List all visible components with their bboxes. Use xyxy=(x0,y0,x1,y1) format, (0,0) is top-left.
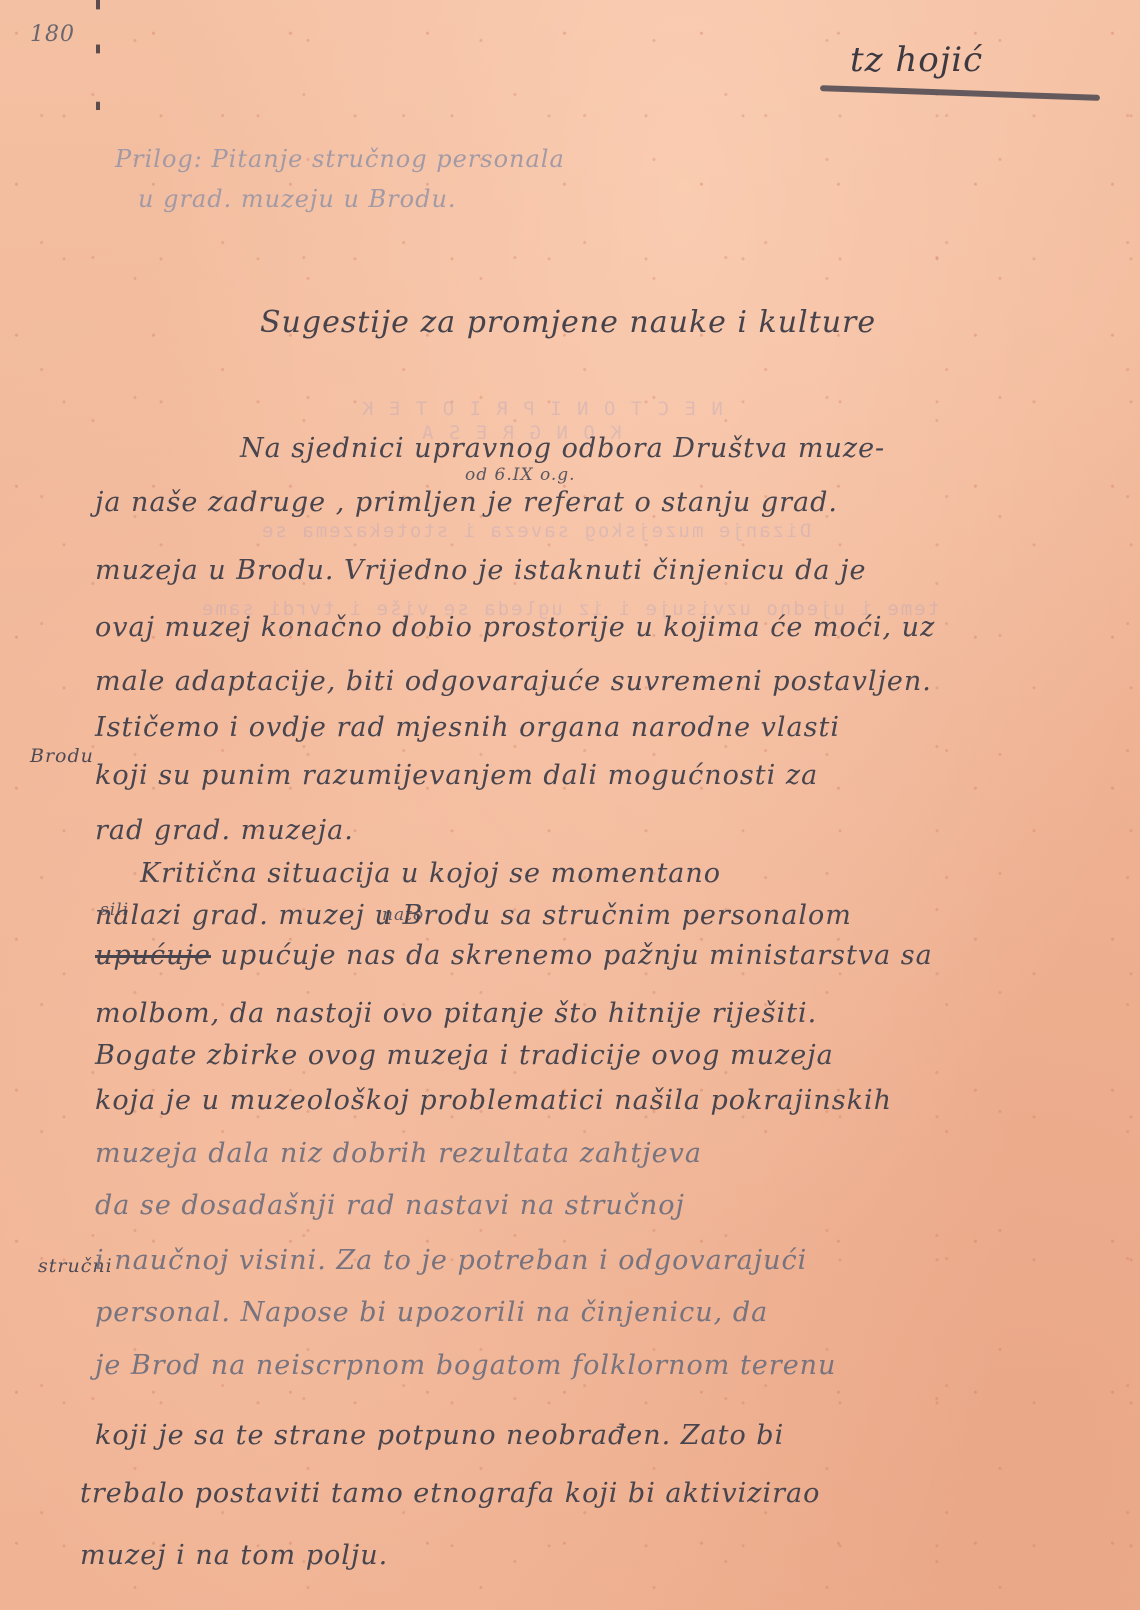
body-line: muzeja dala niz dobrih rezultata zahtjev… xyxy=(95,1138,702,1169)
body-line-text: upućuje nas da skrenemo pažnju ministars… xyxy=(221,940,933,971)
body-line: molbom, da nastoji ovo pitanje što hitni… xyxy=(95,998,817,1029)
body-line: ovaj muzej konačno dobio prostorije u ko… xyxy=(95,612,935,643)
body-line: personal. Napose bi upozorili na činjeni… xyxy=(95,1297,768,1328)
body-line: koja je u muzeološkoj problematici našil… xyxy=(95,1085,892,1116)
faint-note-line: u grad. muzeju u Brodu. xyxy=(138,185,457,213)
document-title: Sugestije za promjene nauke i kulture xyxy=(260,305,876,340)
binder-hole-mark xyxy=(96,0,100,110)
signature: tz hojić xyxy=(850,40,983,80)
body-line: Bogate zbirke ovog muzeja i tradicije ov… xyxy=(95,1040,834,1071)
body-line: Ističemo i ovdje rad mjesnih organa naro… xyxy=(95,712,840,743)
struck-word: upućuje xyxy=(95,940,211,971)
body-line: koji je sa te strane potpuno neobrađen. … xyxy=(95,1420,784,1451)
signature-underline xyxy=(820,85,1100,101)
faint-note-line: Prilog: Pitanje stručnog personala xyxy=(115,145,565,173)
margin-note: Brodu xyxy=(30,745,94,767)
document-page: N E C T O N I P R I O T E K K O N G R E … xyxy=(0,0,1140,1610)
body-line: koji su punim razumijevanjem dali mogućn… xyxy=(95,760,818,791)
body-line: muzeja u Brodu. Vrijedno je istaknuti či… xyxy=(95,555,866,586)
inserted-date: od 6.IX o.g. xyxy=(465,465,576,485)
body-line: trebalo postaviti tamo etnografa koji bi… xyxy=(80,1478,820,1509)
bleed-through-text: N E C T O N I P R I O T E K xyxy=(360,398,723,420)
body-line: Na sjednici upravnog odbora Društva muze… xyxy=(240,433,885,464)
body-line: da se dosadašnji rad nastavi na stručnoj xyxy=(95,1190,685,1221)
body-line: rad grad. muzeja. xyxy=(95,815,354,846)
body-line: male adaptacije, biti odgovarajuće suvre… xyxy=(95,666,932,697)
body-line: nalazi grad. muzej u Brodu sa stručnim p… xyxy=(95,900,852,931)
bleed-through-text: Dizanje muzejskog saveza i stotekazema s… xyxy=(260,520,811,542)
page-number: 180 xyxy=(30,22,75,47)
body-line: muzej i na tom polju. xyxy=(80,1540,388,1571)
body-line: ja naše zadruge , primljen je referat o … xyxy=(95,487,838,518)
body-line: je Brod na neiscrpnom bogatom folklornom… xyxy=(95,1350,836,1381)
body-line: i naučnoj visini. Za to je potreban i od… xyxy=(95,1245,807,1276)
body-line: Kritična situacija u kojoj se momentano xyxy=(140,858,721,889)
body-line: upućuje upućuje nas da skrenemo pažnju m… xyxy=(95,940,933,971)
